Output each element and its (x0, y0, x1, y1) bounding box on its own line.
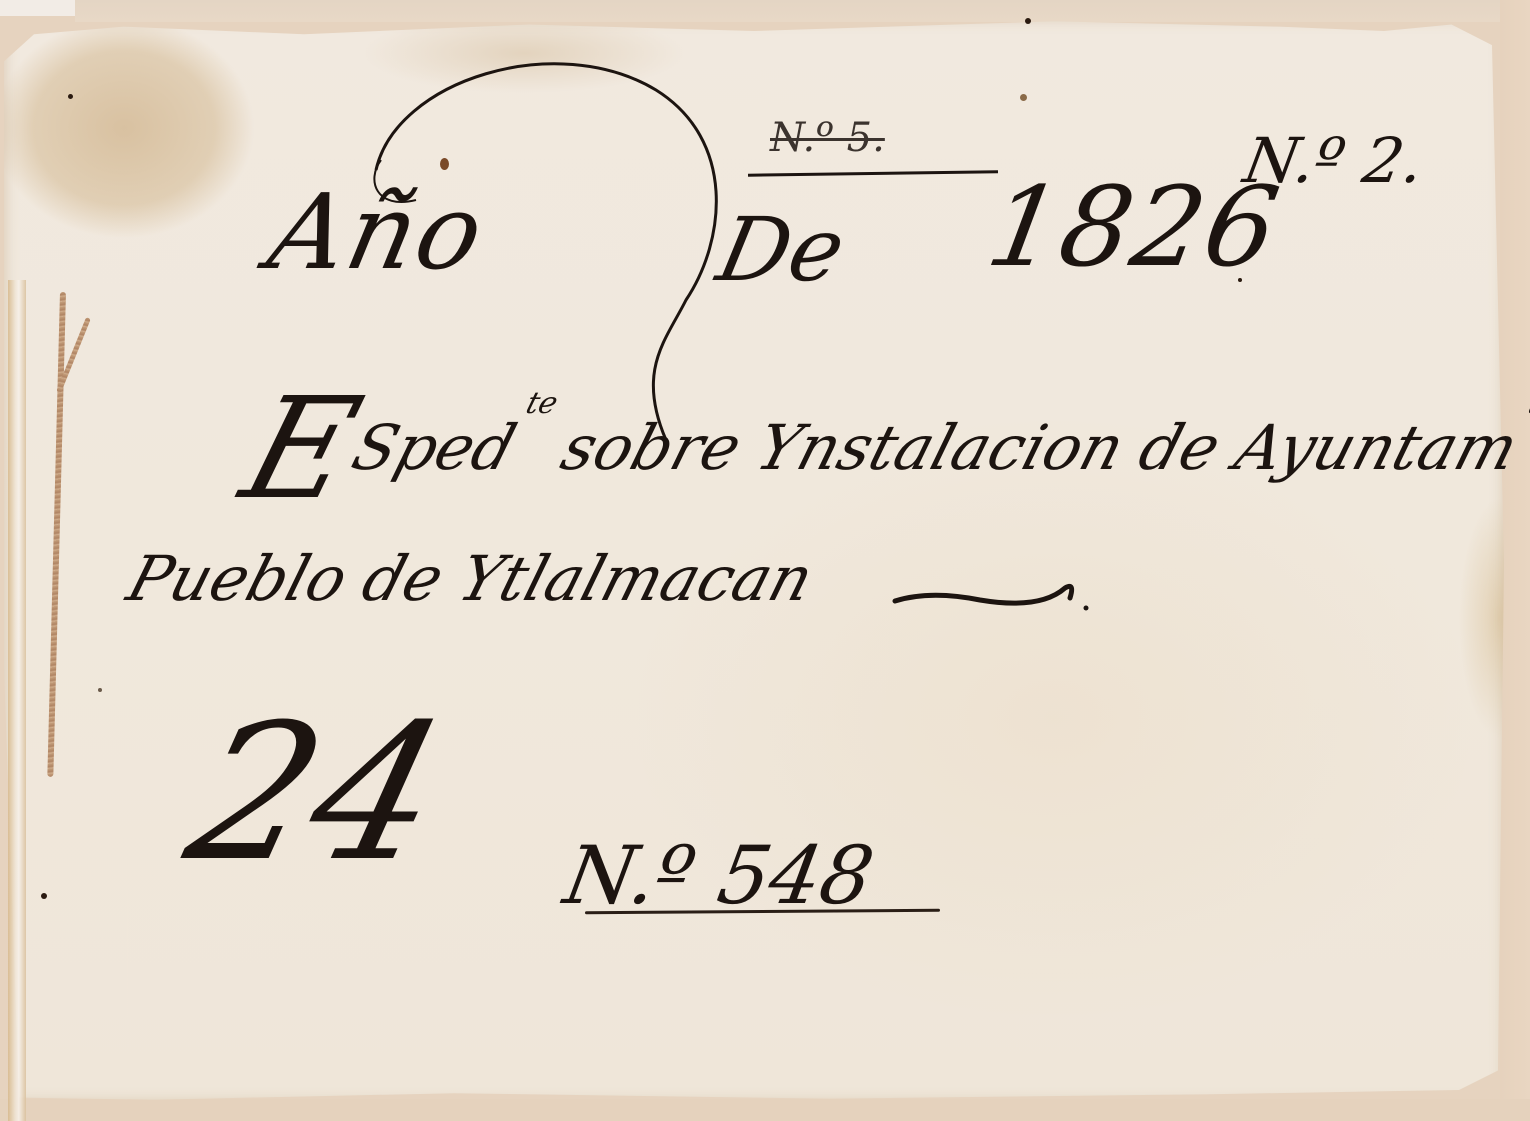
line-end-flourish (890, 576, 1090, 616)
backdrop-right (1500, 0, 1530, 1121)
backdrop-bottom (0, 1099, 1530, 1121)
subject-text-installation: sobre Ynstalacion de Ayuntam (554, 411, 1527, 484)
subject-line-2: Pueblo de Ytlalmacan (121, 548, 820, 610)
superscript-te: te (522, 386, 562, 421)
heading-anio: Año (261, 180, 494, 284)
subject-word-espediente: Sped (344, 411, 523, 484)
heading-year: 1826 (980, 172, 1287, 282)
ink-speck (1025, 18, 1031, 24)
bound-spine-edge (8, 280, 26, 1121)
ink-speck (68, 94, 73, 99)
superscript-to: to (1524, 386, 1530, 421)
backdrop-corner (0, 0, 75, 16)
ink-blot (440, 158, 449, 170)
backdrop-top (75, 0, 1530, 22)
ink-speck (1238, 278, 1242, 282)
struck-out-number: N.º 5. (770, 118, 885, 158)
catalog-number: N.º 548 (559, 836, 879, 916)
ink-speck (98, 688, 102, 692)
ink-speck (41, 893, 47, 899)
subject-line-1: ESpedte sobre Ynstalacion de Ayuntamto e… (230, 380, 1530, 520)
ink-speck (1020, 94, 1027, 101)
heading-de: De (711, 206, 852, 294)
